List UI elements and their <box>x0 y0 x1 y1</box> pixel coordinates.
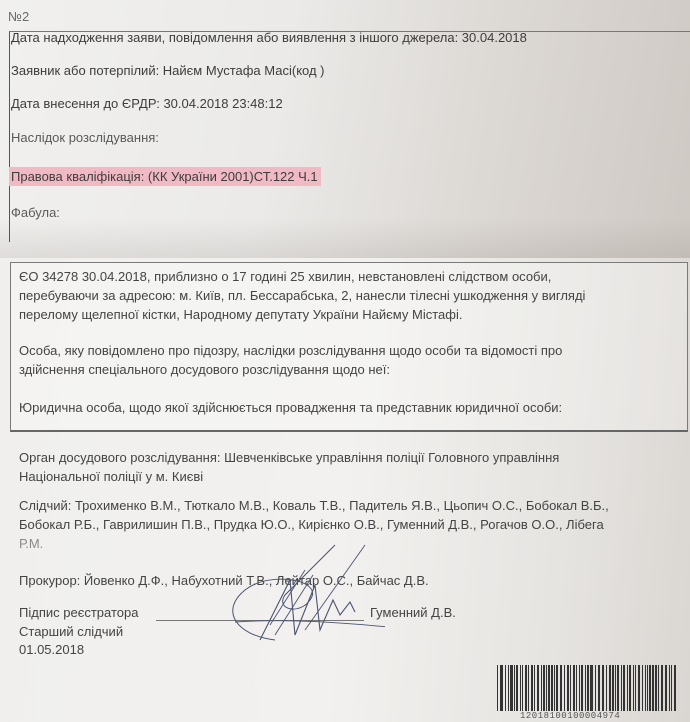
suspect-line-2: здійснення спеціального досудового розсл… <box>19 360 679 379</box>
upper-page-photo: №2 Дата надходження заяви, повідомлення … <box>0 0 690 258</box>
barcode <box>497 665 677 711</box>
investigation-result-label: Наслідок розслідування: <box>11 130 159 145</box>
barcode-number: 12018100100004974 <box>520 711 620 721</box>
legal-qualification-highlight: Правова кваліфікація: (КК України 2001)С… <box>9 167 321 186</box>
suspect-line-1: Особа, яку повідомлено про підозру, насл… <box>19 341 679 360</box>
investigators-line-2: Бобокал Р.Б., Гаврилишин П.В., Прудка Ю.… <box>19 515 679 534</box>
legal-entity: Юридична особа, щодо якої здійснюється п… <box>19 398 679 417</box>
entry-date: Дата внесення до ЄРДР: 30.04.2018 23:48:… <box>11 96 283 111</box>
sign-date: 01.05.2018 <box>19 640 84 659</box>
plot-text: ЄО 34278 30.04.2018, приблизно о 17 годи… <box>19 267 679 324</box>
registrar-position: Старший слідчий <box>19 622 123 641</box>
document-number: №2 <box>8 9 29 24</box>
plot-line-3: перелому щелепної кістки, Народному депу… <box>19 305 679 324</box>
investigation-body-line-2: Національної поліції у м. Києві <box>19 467 679 486</box>
plot-line-1: ЄО 34278 30.04.2018, приблизно о 17 годи… <box>19 267 679 286</box>
suspect-info: Особа, яку повідомлено про підозру, насл… <box>19 341 679 379</box>
lower-page-photo <box>0 258 690 722</box>
handwritten-signature <box>215 540 385 650</box>
plot-line-2: перебуваючи за адресою: м. Київ, пл. Бес… <box>19 286 679 305</box>
registrar-label: Підпис реєстратора <box>19 603 138 622</box>
applicant: Заявник або потерпілий: Найєм Мустафа Ма… <box>11 63 325 78</box>
investigators-line-1: Слідчий: Трохименко В.М., Тюткало М.В., … <box>19 496 679 515</box>
investigation-body-line-1: Орган досудового розслідування: Шевченкі… <box>19 448 679 467</box>
investigation-body: Орган досудового розслідування: Шевченкі… <box>19 448 679 486</box>
legal-qualification: Правова кваліфікація: (КК України 2001)С… <box>11 169 321 184</box>
receipt-date: Дата надходження заяви, повідомлення або… <box>11 30 527 45</box>
plot-label: Фабула: <box>11 205 60 220</box>
